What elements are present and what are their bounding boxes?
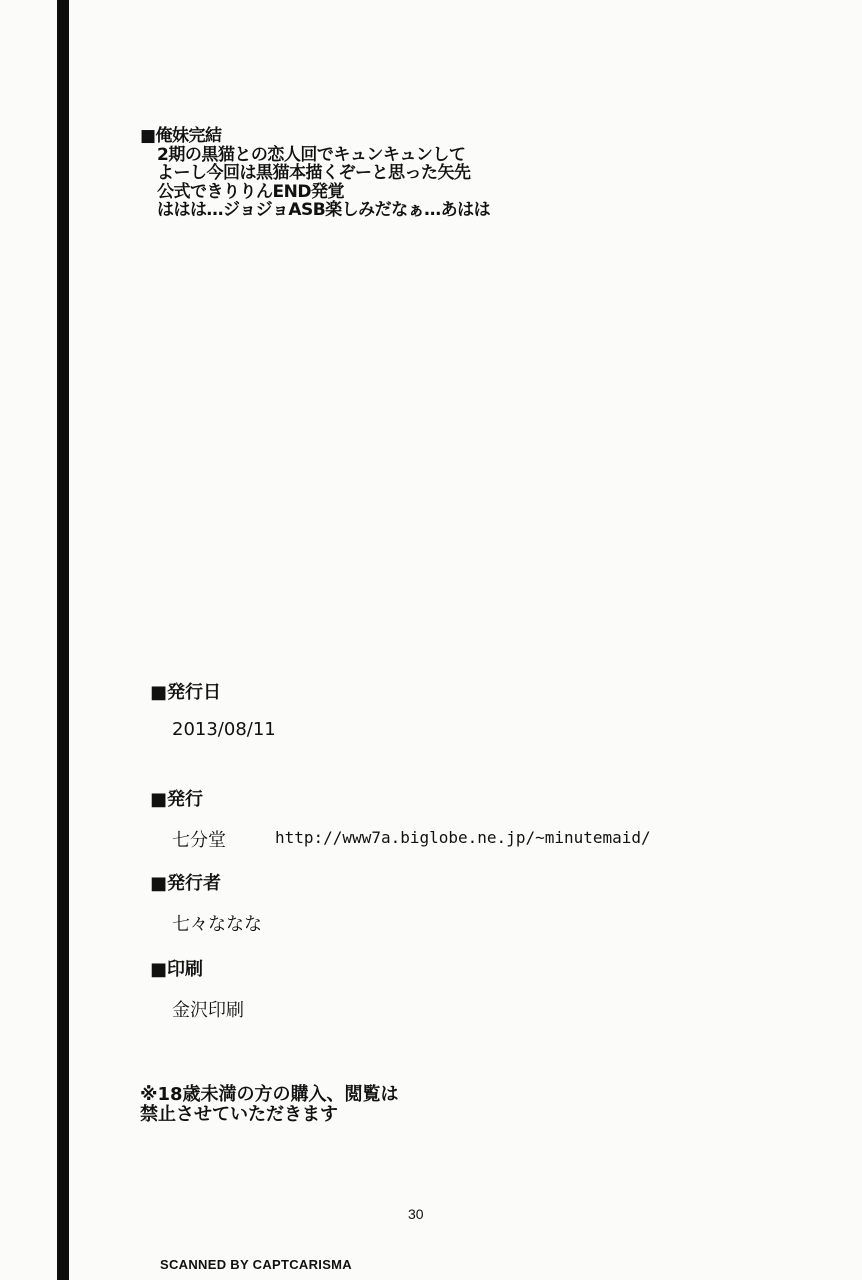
author-name: 七々ななな [172, 910, 262, 936]
note-heading: ■俺妹完結 [140, 127, 490, 146]
note-line: よーし今回は黒猫本描くぞーと思った矢先 [140, 164, 490, 183]
publisher-label: ■発行 [150, 785, 203, 811]
age-warning-line: 禁止させていただきます [140, 1105, 399, 1125]
note-line: ははは…ジョジョASB楽しみだなぁ…あはは [140, 201, 490, 220]
note-line: 公式できりりんEND発覚 [140, 183, 490, 202]
publisher-name: 七分堂 [172, 826, 226, 852]
age-warning-line: ※18歳未満の方の購入、閲覧は [140, 1085, 399, 1105]
page-number: 30 [408, 1206, 424, 1222]
publisher-url: http://www7a.biglobe.ne.jp/~minutemaid/ [275, 828, 651, 847]
author-label: ■発行者 [150, 869, 221, 895]
printer-name: 金沢印刷 [172, 996, 244, 1022]
printer-label: ■印刷 [150, 955, 203, 981]
date-value: 2013/08/11 [172, 719, 276, 740]
binding-edge-bar [57, 0, 69, 1280]
afterword-note: ■俺妹完結 2期の黒猫との恋人回でキュンキュンして よーし今回は黒猫本描くぞーと… [140, 127, 490, 220]
age-warning: ※18歳未満の方の購入、閲覧は 禁止させていただきます [140, 1085, 399, 1125]
date-label: ■発行日 [150, 678, 221, 704]
note-line: 2期の黒猫との恋人回でキュンキュンして [140, 146, 490, 165]
scan-credit: SCANNED BY CAPTCARISMA [160, 1257, 352, 1272]
